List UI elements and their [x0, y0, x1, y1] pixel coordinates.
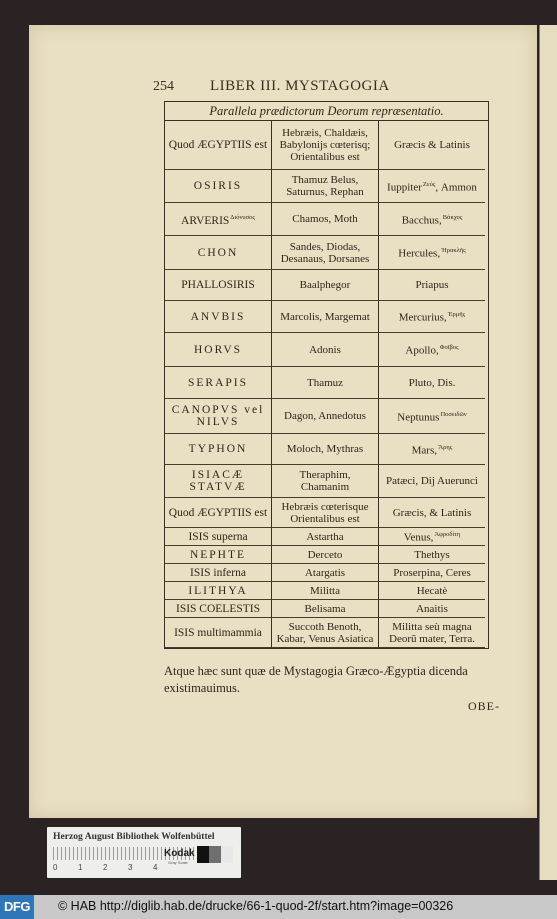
hebrew-oriental-cell: Hebræis, Chaldæis, Babylonijs cœterisq; … [272, 121, 379, 170]
cell-text: Græcis & Latinis [394, 139, 470, 151]
cell-text: ISIS superna [188, 531, 247, 543]
table-row: ANVBISMarcolis, MargematMercurius,Ἑρμῆς [165, 301, 488, 333]
table-row: PHALLOSIRISBaalphegorPriapus [165, 270, 488, 301]
running-title: LIBER III. MYSTAGOGIA [210, 78, 390, 95]
table-row: SERAPISThamuzPluto, Dis. [165, 367, 488, 399]
egyptian-god-cell: NEPHTE [165, 546, 272, 564]
color-scale-card: Herzog August Bibliothek Wolfenbüttel 0 … [47, 827, 241, 878]
greek-latin-cell: IuppiterΖεύς, Ammon [379, 170, 485, 203]
egyptian-god-cell: ARVERISΔιόνυσος [165, 203, 272, 236]
hebrew-oriental-cell: Marcolis, Margemat [272, 301, 379, 333]
hebrew-oriental-cell: Thamuz Belus, Saturnus, Rephan [272, 170, 379, 203]
hebrew-oriental-cell: Derceto [272, 546, 379, 564]
ruler-number: 0 [53, 863, 57, 872]
cell-text: SERAPIS [188, 377, 248, 389]
cell-text: Chamos, Moth [292, 213, 357, 225]
kodak-logo: Kodak [164, 848, 195, 859]
cell-text: NEPHTE [190, 549, 246, 561]
cell-text: ILITHYA [188, 585, 247, 597]
ruler-number: 2 [103, 863, 107, 872]
cell-text-continued: , Ammon [435, 181, 477, 193]
greek-latin-cell: Mars,Ἄρης [379, 434, 485, 465]
greek-name: Βάκχος [443, 214, 463, 221]
cell-text: Marcolis, Margemat [280, 311, 370, 323]
gray-swatch-mid [209, 846, 221, 863]
cell-text: Sandes, Diodas, Desanaus, Dorsanes [281, 241, 370, 265]
egyptian-god-cell: ANVBIS [165, 301, 272, 333]
cell-text: Dagon, Annedotus [284, 410, 366, 422]
copyright-link[interactable]: © HAB http://diglib.hab.de/drucke/66-1-q… [58, 899, 453, 913]
hebrew-oriental-cell: Sandes, Diodas, Desanaus, Dorsanes [272, 236, 379, 270]
greek-latin-cell: Anaitis [379, 600, 485, 618]
greek-name: Ἡρακλῆς [441, 247, 466, 254]
cell-text: Adonis [309, 344, 341, 356]
cell-text: Baalphegor [300, 279, 351, 291]
hebrew-oriental-cell: Militta [272, 582, 379, 600]
cell-text: PHALLOSIRIS [181, 279, 254, 291]
table-row: ISIS supernaAstarthaVenus,Ἀφροδίτη [165, 528, 488, 546]
cell-text: HORVS [194, 344, 242, 356]
table-row: ISIS COELESTISBelisamaAnaitis [165, 600, 488, 618]
facing-page-edge [539, 25, 557, 880]
hebrew-oriental-cell: Adonis [272, 333, 379, 367]
cell-text: Apollo, [405, 345, 438, 357]
hebrew-oriental-cell: Astartha [272, 528, 379, 546]
cell-text: OSIRIS [194, 180, 242, 192]
table-row: CHONSandes, Diodas, Desanaus, DorsanesHe… [165, 236, 488, 270]
table-row: NEPHTEDercetoThethys [165, 546, 488, 564]
greek-latin-cell: NeptunusΠοσειδῶν [379, 399, 485, 434]
gray-swatches [197, 846, 233, 863]
catchword: OBE- [468, 699, 500, 714]
egyptian-god-cell: ISIS COELESTIS [165, 600, 272, 618]
cell-text: Astartha [306, 531, 343, 543]
cell-text: ISIACÆ STATVÆ [189, 469, 246, 493]
hebrew-oriental-cell: Hebræis cœterisque Orientalibus est [272, 498, 379, 528]
gods-parallel-table: Parallela prædictorum Deorum repræsentat… [164, 101, 489, 649]
cell-text: CHON [198, 247, 239, 259]
egyptian-god-cell: Quod ÆGYPTIIS est [165, 121, 272, 170]
greek-name: Ἄρης [438, 444, 452, 451]
table-caption: Parallela prædictorum Deorum repræsentat… [165, 101, 488, 121]
greek-name: Διόνυσος [230, 214, 255, 221]
hebrew-oriental-cell: Baalphegor [272, 270, 379, 301]
egyptian-god-cell: ILITHYA [165, 582, 272, 600]
footer-bar: DFG © HAB http://diglib.hab.de/drucke/66… [0, 895, 557, 919]
cell-text: Priapus [416, 279, 449, 291]
cell-text: Venus, [404, 532, 434, 544]
greek-latin-cell: Priapus [379, 270, 485, 301]
cell-text: Græcis, & Latinis [393, 507, 472, 519]
cell-text: ISIS inferna [190, 567, 246, 579]
cell-text: Hercules, [398, 248, 440, 260]
cell-text: ANVBIS [191, 311, 246, 323]
running-head: 254 LIBER III. MYSTAGOGIA [153, 79, 493, 97]
hebrew-oriental-cell: Theraphim, Chamanim [272, 465, 379, 498]
cell-text: Theraphim, Chamanim [299, 469, 350, 493]
greek-latin-cell: Militta seù magna Deorũ mater, Terra. [379, 618, 485, 648]
egyptian-god-cell: CHON [165, 236, 272, 270]
hebrew-oriental-cell: Belisama [272, 600, 379, 618]
egyptian-god-cell: ISIS inferna [165, 564, 272, 582]
cell-text: Thethys [414, 549, 449, 561]
library-name: Herzog August Bibliothek Wolfenbüttel [53, 831, 215, 842]
greek-name: Ζεύς [423, 181, 436, 188]
greek-latin-cell: Thethys [379, 546, 485, 564]
hebrew-oriental-cell: Dagon, Annedotus [272, 399, 379, 434]
table-row: TYPHONMoloch, MythrasMars,Ἄρης [165, 434, 488, 465]
cell-text: Hebræis cœterisque Orientalibus est [281, 501, 368, 525]
gray-swatch-white [221, 846, 233, 863]
table-row: Quod ÆGYPTIIS estHebræis cœterisque Orie… [165, 498, 488, 528]
cell-text: ISIS multimammia [174, 627, 262, 639]
cell-text: Hebræis, Chaldæis, Babylonijs cœterisq; … [280, 127, 371, 163]
table-row: ISIS multimammiaSuccoth Benoth, Kabar, V… [165, 618, 488, 648]
cell-text: Succoth Benoth, Kabar, Venus Asiatica [277, 621, 374, 645]
cell-text: Proserpina, Ceres [393, 567, 471, 579]
greek-latin-cell: Apollo,Φοῖβος [379, 333, 485, 367]
cell-text: Anaitis [416, 603, 448, 615]
egyptian-god-cell: PHALLOSIRIS [165, 270, 272, 301]
cell-text: Iuppiter [387, 181, 422, 193]
egyptian-god-cell: ISIS multimammia [165, 618, 272, 648]
cell-text: Mars, [412, 444, 437, 456]
cell-text: Thamuz [307, 377, 343, 389]
table-row: OSIRISThamuz Belus, Saturnus, RephanIupp… [165, 170, 488, 203]
cell-text: Bacchus, [402, 214, 442, 226]
cell-text: Neptunus [397, 411, 439, 423]
hebrew-oriental-cell: Chamos, Moth [272, 203, 379, 236]
cell-text: Derceto [308, 549, 343, 561]
table-row: ISIS infernaAtargatisProserpina, Ceres [165, 564, 488, 582]
table-row: CANOPVS vel NILVSDagon, AnnedotusNeptunu… [165, 399, 488, 434]
cell-text: Mercurius, [399, 312, 447, 324]
cell-text: Belisama [305, 603, 346, 615]
ruler-number: 3 [128, 863, 132, 872]
greek-latin-cell: Græcis, & Latinis [379, 498, 485, 528]
greek-name: Ἀφροδίτη [434, 531, 460, 538]
table-bottom-rule [165, 648, 488, 649]
cell-text: Quod ÆGYPTIIS est [169, 139, 267, 151]
hebrew-oriental-cell: Moloch, Mythras [272, 434, 379, 465]
table-row: Quod ÆGYPTIIS estHebræis, Chaldæis, Baby… [165, 121, 488, 170]
cell-text: Patæci, Dij Auerunci [386, 475, 478, 487]
cell-text: Quod ÆGYPTIIS est [169, 507, 267, 519]
cell-text: CANOPVS vel NILVS [172, 404, 265, 428]
greek-name: Ποσειδῶν [440, 411, 466, 418]
greek-latin-cell: Hercules,Ἡρακλῆς [379, 236, 485, 270]
cell-text: Moloch, Mythras [287, 443, 363, 455]
table-body: Quod ÆGYPTIIS estHebræis, Chaldæis, Baby… [165, 121, 488, 648]
hebrew-oriental-cell: Atargatis [272, 564, 379, 582]
cell-text: ARVERIS [181, 214, 229, 226]
cell-text: ISIS COELESTIS [176, 603, 260, 615]
page-number: 254 [153, 79, 174, 95]
egyptian-god-cell: OSIRIS [165, 170, 272, 203]
greek-latin-cell: Bacchus,Βάκχος [379, 203, 485, 236]
egyptian-god-cell: Quod ÆGYPTIIS est [165, 498, 272, 528]
gray-scale-label: Gray Scale [168, 860, 188, 865]
egyptian-god-cell: CANOPVS vel NILVS [165, 399, 272, 434]
dfg-logo[interactable]: DFG [0, 895, 34, 919]
cell-text: Thamuz Belus, Saturnus, Rephan [286, 174, 364, 198]
greek-name: Φοῖβος [440, 344, 459, 351]
egyptian-god-cell: ISIACÆ STATVÆ [165, 465, 272, 498]
cell-text: TYPHON [189, 443, 248, 455]
cell-text: Hecatè [417, 585, 448, 597]
greek-name: Ἑρμῆς [448, 311, 466, 318]
scan-viewport: 254 LIBER III. MYSTAGOGIA Parallela præd… [0, 0, 557, 895]
greek-latin-cell: Proserpina, Ceres [379, 564, 485, 582]
table-row: ILITHYAMilittaHecatè [165, 582, 488, 600]
egyptian-god-cell: SERAPIS [165, 367, 272, 399]
greek-latin-cell: Mercurius,Ἑρμῆς [379, 301, 485, 333]
greek-latin-cell: Venus,Ἀφροδίτη [379, 528, 485, 546]
table-row: HORVSAdonisApollo,Φοῖβος [165, 333, 488, 367]
cell-text: Militta seù magna Deorũ mater, Terra. [389, 621, 475, 645]
table-row: ISIACÆ STATVÆTheraphim, ChamanimPatæci, … [165, 465, 488, 498]
hebrew-oriental-cell: Thamuz [272, 367, 379, 399]
egyptian-god-cell: HORVS [165, 333, 272, 367]
cell-text: Atargatis [305, 567, 345, 579]
gray-swatch-black [197, 846, 209, 863]
greek-latin-cell: Pluto, Dis. [379, 367, 485, 399]
ruler-number: 1 [78, 863, 82, 872]
greek-latin-cell: Patæci, Dij Auerunci [379, 465, 485, 498]
cell-text: Pluto, Dis. [409, 377, 456, 389]
egyptian-god-cell: TYPHON [165, 434, 272, 465]
greek-latin-cell: Græcis & Latinis [379, 121, 485, 170]
greek-latin-cell: Hecatè [379, 582, 485, 600]
egyptian-god-cell: ISIS superna [165, 528, 272, 546]
table-row: ARVERISΔιόνυσοςChamos, MothBacchus,Βάκχο… [165, 203, 488, 236]
closing-paragraph: Atque hæc sunt quæ de Mystagogia Græco-Æ… [164, 663, 504, 697]
cell-text: Militta [310, 585, 340, 597]
hebrew-oriental-cell: Succoth Benoth, Kabar, Venus Asiatica [272, 618, 379, 648]
ruler-number: 4 [153, 863, 157, 872]
